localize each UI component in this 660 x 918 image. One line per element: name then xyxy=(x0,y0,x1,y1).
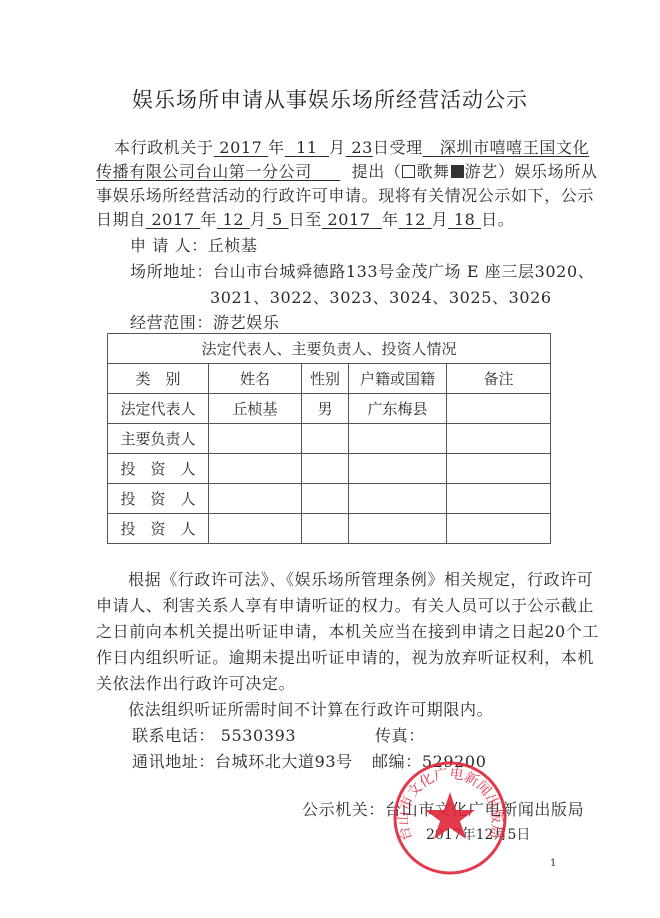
postcode-label: 邮编： xyxy=(372,752,422,771)
applicant-value: 丘桢基 xyxy=(208,236,258,255)
table-caption-row: 法定代表人、主要负责人、投资人情况 xyxy=(108,334,551,364)
accept-year: 2017 xyxy=(214,138,269,157)
postcode-value: 529200 xyxy=(422,752,487,771)
cell-gender: 男 xyxy=(302,394,349,424)
phone-label: 联系电话： xyxy=(132,726,215,745)
cell-origin xyxy=(349,424,447,454)
cell-category: 主要负责人 xyxy=(108,424,209,454)
publisher-value: 台山市文化广电新闻出版局 xyxy=(385,800,584,819)
start-day: 5 xyxy=(272,210,283,229)
document-title: 娱乐场所申请从事娱乐场所经营活动公示 xyxy=(0,84,660,114)
end-day: 18 xyxy=(454,210,476,229)
scope-value: 游艺娱乐 xyxy=(213,313,279,332)
address-value-1: 台山市台城舜德路133号金茂广场 E 座三层3020、 xyxy=(213,262,594,281)
cell-note xyxy=(447,514,551,544)
cell-category: 投 资 人 xyxy=(108,514,209,544)
cell-category: 法定代表人 xyxy=(108,394,209,424)
page-number: 1 xyxy=(550,858,556,869)
applicant-label: 申 请 人： xyxy=(130,236,208,255)
notice-line-1: 根据《行政许可法》、《娱乐场所管理条例》相关规定，行政许可 xyxy=(128,570,593,590)
intro-line-2: 传播有限公司台山第一分公司 提出（歌舞游艺）娱乐场所从 xyxy=(96,162,597,182)
persons-table: 法定代表人、主要负责人、投资人情况 类 别 姓名 性别 户籍或国籍 备注 法定代… xyxy=(107,333,551,544)
publisher-label: 公示机关： xyxy=(302,800,385,819)
start-month: 12 xyxy=(223,210,245,229)
cell-gender xyxy=(302,454,349,484)
notice-line-2: 申请人、利害关系人享有申请听证的权力。有关人员可以于公示截止 xyxy=(96,596,594,616)
cell-name xyxy=(209,424,302,454)
cell-origin xyxy=(349,514,447,544)
table-row: 投 资 人 xyxy=(108,484,551,514)
cell-name xyxy=(209,454,302,484)
company-name-1: 深圳市嘻嘻王国文化 xyxy=(423,138,589,157)
signature-date: 2017年12月5日 xyxy=(426,825,530,845)
table-row: 法定代表人 丘桢基 男 广东梅县 xyxy=(108,394,551,424)
header-gender: 性别 xyxy=(302,364,349,394)
applicant-field: 申 请 人：丘桢基 xyxy=(130,236,258,256)
start-year: 2017 xyxy=(152,210,195,229)
table-row: 投 资 人 xyxy=(108,514,551,544)
game-checkbox-checked-icon xyxy=(451,165,464,178)
table-row: 主要负责人 xyxy=(108,424,551,454)
header-note: 备注 xyxy=(447,364,551,394)
cell-category: 投 资 人 xyxy=(108,454,209,484)
end-month: 12 xyxy=(404,210,426,229)
cell-note xyxy=(447,484,551,514)
intro-line-4: 日期自 2017 年 12 月 5 日至 2017 年 12 月 18 日。 xyxy=(96,210,514,230)
cell-name xyxy=(209,514,302,544)
cell-origin xyxy=(349,484,447,514)
phone-value: 5530393 xyxy=(221,726,296,745)
end-year: 2017 xyxy=(328,210,371,229)
cell-note xyxy=(447,424,551,454)
address-label: 场所地址： xyxy=(130,262,213,281)
table-row: 投 资 人 xyxy=(108,454,551,484)
cell-gender xyxy=(302,424,349,454)
cell-name xyxy=(209,484,302,514)
mail-address-value: 台城环北大道93号 xyxy=(215,752,353,771)
header-category: 类 别 xyxy=(108,364,209,394)
cell-gender xyxy=(302,484,349,514)
publisher-field: 公示机关：台山市文化广电新闻出版局 xyxy=(302,800,584,820)
song-dance-checkbox-icon xyxy=(402,165,415,178)
header-name: 姓名 xyxy=(209,364,302,394)
address-field-cont: 3021、3022、3023、3024、3025、3026 xyxy=(210,288,552,308)
scope-field: 经营范围：游艺娱乐 xyxy=(130,313,279,333)
mail-address-label: 通讯地址： xyxy=(132,752,215,771)
cell-category: 投 资 人 xyxy=(108,484,209,514)
cell-gender xyxy=(302,514,349,544)
cell-name: 丘桢基 xyxy=(209,394,302,424)
notice-line-6: 依法组织听证所需时间不计算在行政许可期限内。 xyxy=(128,700,493,720)
scope-label: 经营范围： xyxy=(130,313,213,332)
cell-note xyxy=(447,394,551,424)
mail-address-field: 通讯地址：台城环北大道93号 xyxy=(132,752,353,772)
table-caption: 法定代表人、主要负责人、投资人情况 xyxy=(108,334,551,364)
fax-label: 传真： xyxy=(375,726,425,745)
cell-note xyxy=(447,454,551,484)
intro-line-1: 本行政机关于 2017 年 11 月 23日受理 深圳市嘻嘻王国文化 xyxy=(114,138,589,158)
postcode-field: 邮编：529200 xyxy=(372,752,487,772)
fax-field: 传真： xyxy=(375,726,425,746)
notice-line-4: 作日内组织听证。逾期未提出听证申请的，视为放弃听证权利，本机 xyxy=(96,648,594,668)
cell-origin: 广东梅县 xyxy=(349,394,447,424)
company-name-2: 传播有限公司台山第一分公司 xyxy=(96,162,340,181)
phone-field: 联系电话： 5530393 xyxy=(132,726,296,746)
notice-line-3: 之日前向本机关提出听证申请，本机关应当在接到申请之日起20个工 xyxy=(96,622,599,642)
intro-line-3: 事娱乐场所经营活动的行政许可申请。现将有关情况公示如下，公示 xyxy=(96,186,594,206)
accept-day: 23 xyxy=(346,138,373,157)
cell-origin xyxy=(349,454,447,484)
header-origin: 户籍或国籍 xyxy=(349,364,447,394)
table-header-row: 类 别 姓名 性别 户籍或国籍 备注 xyxy=(108,364,551,394)
address-field: 场所地址：台山市台城舜德路133号金茂广场 E 座三层3020、 xyxy=(130,262,594,282)
accept-month: 11 xyxy=(285,138,329,157)
notice-line-5: 关依法作出行政许可决定。 xyxy=(96,674,295,694)
